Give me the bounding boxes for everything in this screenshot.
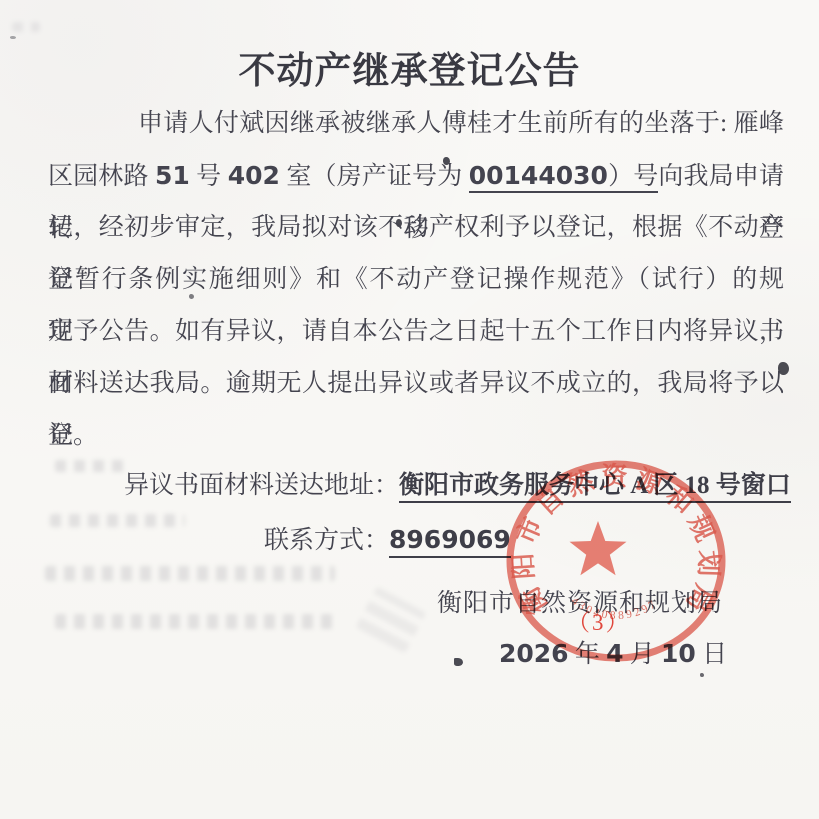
- bleedthrough-mark: [355, 587, 426, 654]
- text-segment: 记。: [48, 422, 98, 449]
- issue-date: 2026 年 4 月 10 日: [499, 634, 727, 670]
- text-segment: 4: [606, 639, 623, 668]
- scan-smudge: [12, 22, 40, 32]
- text-segment: 月: [624, 641, 662, 668]
- text-segment: 51: [155, 161, 190, 190]
- body-line: 材料送达我局。逾期无人提出异议或者异议不成立的，我局将予以登: [48, 358, 784, 410]
- text-segment: 00144030: [469, 161, 608, 193]
- body-line: 现予公告。如有异议，请自本公告之日起十五个工作日内将异议书面: [48, 306, 784, 358]
- text-segment: 2026: [499, 639, 569, 668]
- scanned-announcement-page: 不动产继承登记公告 申请人付斌因继承被继承人傅桂才生前所有的坐落于: 雁峰区园林…: [0, 0, 819, 819]
- announcement-body: 申请人付斌因继承被继承人傅桂才生前所有的坐落于: 雁峰区园林路 51 号 402…: [48, 98, 784, 462]
- seal-index-number: （3）: [567, 604, 631, 637]
- text-segment: 号: [190, 163, 228, 190]
- contact-label: 联系方式：: [264, 527, 389, 554]
- objection-address-label: 异议书面材料送达地址：: [124, 472, 399, 499]
- text-segment: 室（房产证号为: [280, 163, 469, 190]
- body-line: 申请人付斌因继承被继承人傅桂才生前所有的坐落于: 雁峰: [48, 98, 784, 150]
- body-line: 记，经初步审定，我局拟对该不动产权利予以登记，根据《不动产登: [48, 202, 784, 254]
- body-line: 记。: [48, 410, 784, 462]
- text-segment: 402: [228, 161, 280, 190]
- text-segment: 区园林路: [48, 163, 155, 190]
- objection-address-line: 异议书面材料送达地址：衡阳市政务服务中心 A 区 18 号窗口: [124, 470, 791, 502]
- text-segment: 日: [696, 641, 727, 668]
- document-title: 不动产继承登记公告: [0, 40, 819, 94]
- bleedthrough-mark: [55, 614, 335, 629]
- contact-line: 联系方式：8969069: [264, 524, 511, 557]
- body-line: 区园林路 51 号 402 室（房产证号为 00144030）号向我局申请转移登: [48, 150, 784, 202]
- text-segment: 10: [661, 639, 696, 668]
- ink-speck: [700, 673, 704, 677]
- text-segment: ）号: [608, 163, 658, 193]
- body-line: 记暂行条例实施细则》和《不动产登记操作规范》（试行）的规定，: [48, 254, 784, 306]
- text-segment: 年: [569, 641, 607, 668]
- text-segment: 申请人付斌因继承被继承人傅桂才生前所有的坐落于: 雁峰: [138, 110, 784, 137]
- ink-speck: [454, 658, 463, 666]
- bleedthrough-mark: [45, 566, 335, 581]
- contact-phone: 8969069: [389, 525, 511, 558]
- ink-speck: [10, 36, 16, 39]
- bleedthrough-mark: [50, 514, 185, 527]
- objection-address-value: 衡阳市政务服务中心 A 区 18 号窗口: [399, 472, 791, 503]
- star-icon: [570, 521, 627, 575]
